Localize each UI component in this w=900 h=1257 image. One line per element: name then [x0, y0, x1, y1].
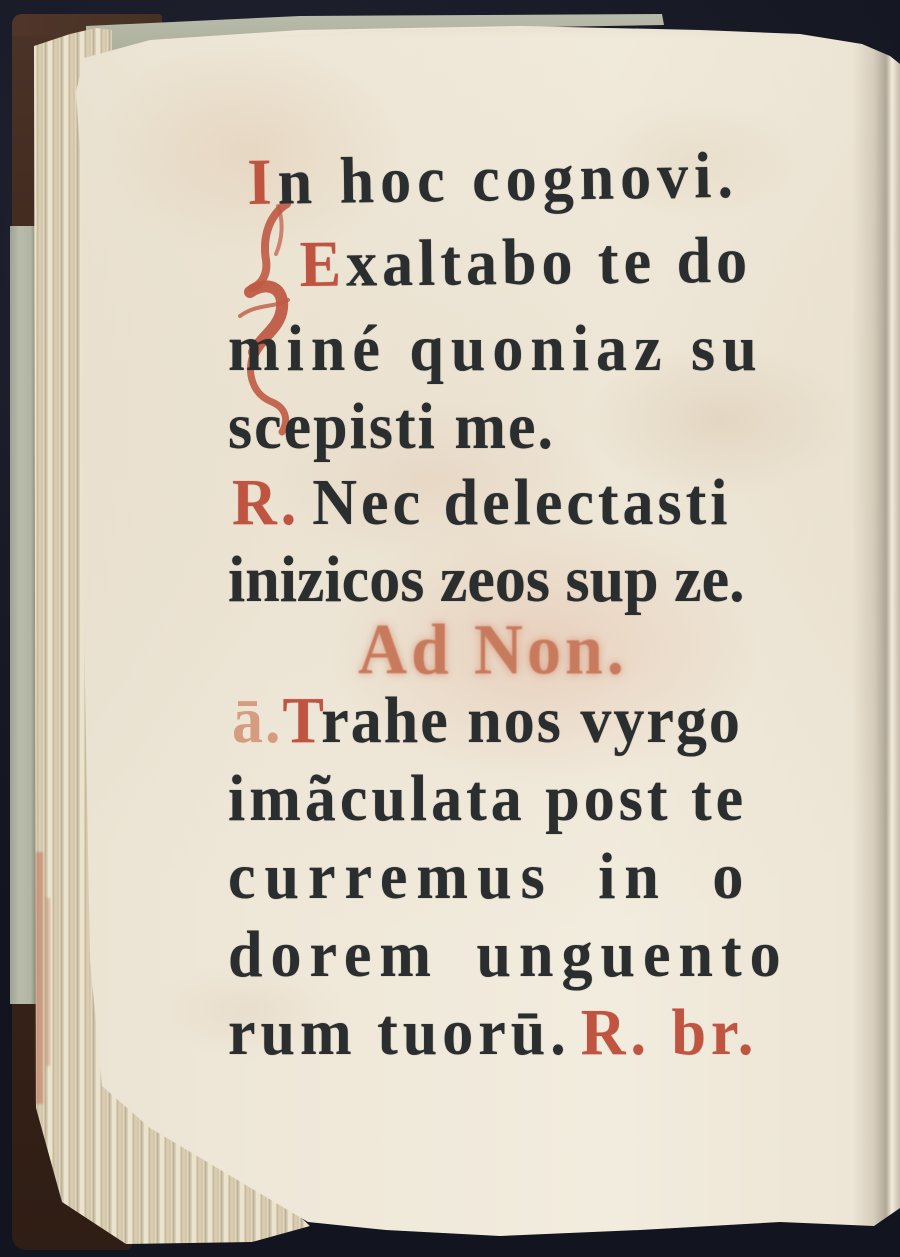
- text-line-8: ā.Trahe nos vyrgo: [232, 684, 742, 759]
- rubric-heading: Ad Non.: [358, 608, 628, 692]
- initial-letter: I: [247, 146, 278, 219]
- text-line-2: Exaltabo te do: [299, 224, 752, 303]
- line-text: curremus in o: [228, 841, 752, 913]
- text-line-9: imãculata post te: [228, 762, 747, 837]
- line-text: imãculata post te: [228, 763, 747, 835]
- antiphon-mark: ā.: [232, 685, 283, 757]
- line-text: inizicos zeos sup ze.: [228, 544, 745, 616]
- responsory-mark: R.: [232, 467, 300, 539]
- text-line-11: dorem unguento: [228, 918, 789, 993]
- cloth-lining-left: [10, 226, 36, 1004]
- line-text: miné quoniaz su: [228, 313, 764, 385]
- red-edge-streak: [36, 852, 43, 1104]
- line-text: rahe nos vyrgo: [321, 685, 742, 757]
- line-text: xaltabo te do: [346, 225, 753, 301]
- line-text: rum tuorū.: [228, 997, 571, 1069]
- line-text: dorem unguento: [228, 919, 789, 991]
- text-line-10: curremus in o: [228, 840, 752, 915]
- line-text: Ad Non.: [358, 609, 628, 690]
- responsory-brief-mark: R. br.: [581, 997, 759, 1069]
- text-line-5: R.Nec delectasti: [232, 466, 732, 541]
- line-text: n hoc cognovi.: [277, 140, 739, 219]
- text-line-4: scepisti me.: [228, 390, 555, 465]
- initial-letter: T: [283, 685, 322, 757]
- line-text: Nec delectasti: [312, 467, 731, 539]
- gutter-fold-shadow: [852, 30, 900, 1230]
- initial-letter: E: [299, 228, 346, 301]
- manuscript-photo: In hoc cognovi. Exaltabo te do miné quon…: [0, 0, 900, 1257]
- text-line-1: In hoc cognovi.: [247, 138, 739, 221]
- line-text: scepisti me.: [228, 391, 555, 463]
- text-line-3: miné quoniaz su: [228, 312, 764, 387]
- red-edge-streak: [46, 898, 50, 1066]
- text-line-12: rum tuorū.R. br.: [228, 996, 758, 1071]
